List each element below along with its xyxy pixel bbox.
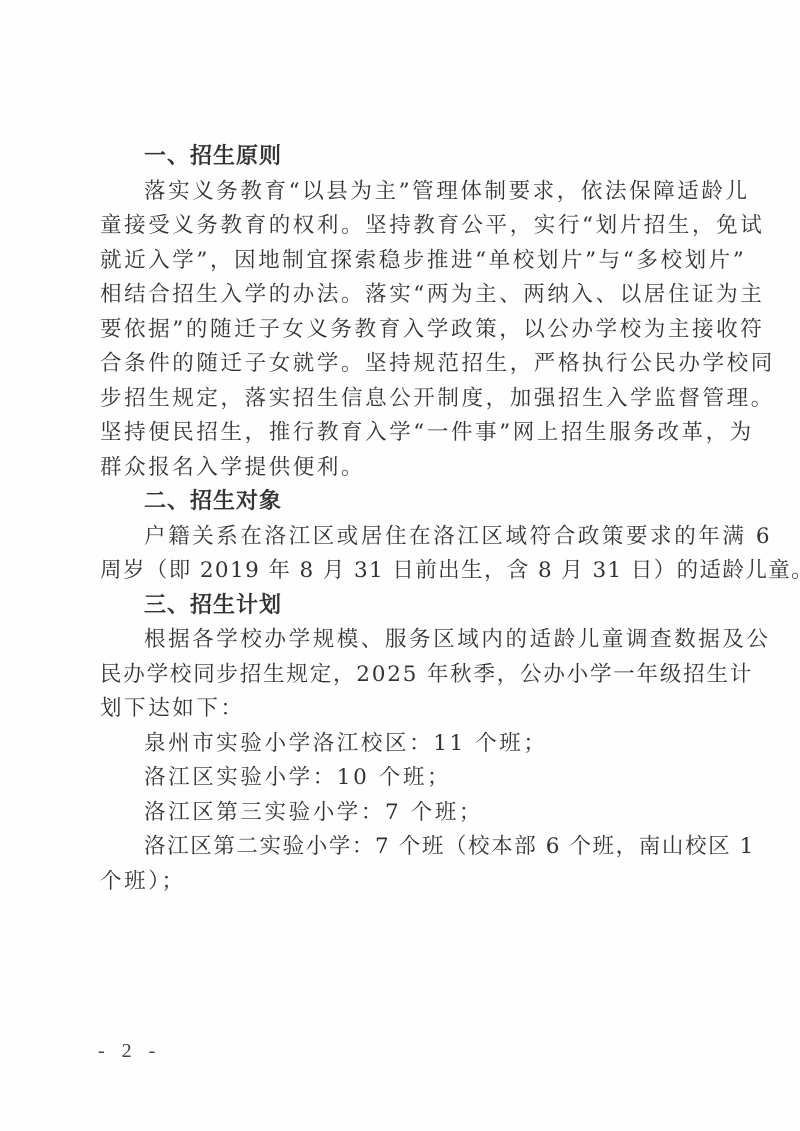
text-line: 童接受义务教育的权利。坚持教育公平，实行“划片招生，免试: [100, 209, 692, 244]
plan-item: 洛江区第三实验小学：7 个班；: [100, 796, 692, 831]
plan-item: 泉州市实验小学洛江校区：11 个班；: [100, 727, 692, 762]
section-heading-principles: 一、招生原则: [100, 140, 692, 175]
text-line: 坚持便民招生，推行教育入学“一件事”网上招生服务改革，为: [100, 416, 692, 451]
page-number: - 2 -: [98, 1040, 161, 1063]
document-body: 一、招生原则 落实义务教育“以县为主”管理体制要求，依法保障适龄儿 童接受义务教…: [100, 140, 692, 899]
text-line: 根据各学校办学规模、服务区域内的适龄儿童调查数据及公: [100, 623, 692, 658]
section-paragraph-targets: 户籍关系在洛江区或居住在洛江区域符合政策要求的年满 6 周岁（即 2019 年 …: [100, 520, 692, 589]
text-line: 周岁（即 2019 年 8 月 31 日前出生，含 8 月 31 日）的适龄儿童…: [100, 554, 692, 589]
plan-item: 洛江区实验小学：10 个班；: [100, 761, 692, 796]
enrollment-plan-list: 泉州市实验小学洛江校区：11 个班； 洛江区实验小学：10 个班； 洛江区第三实…: [100, 727, 692, 900]
document-page: 一、招生原则 落实义务教育“以县为主”管理体制要求，依法保障适龄儿 童接受义务教…: [0, 0, 800, 1131]
text-line: 划下达如下：: [100, 692, 692, 727]
text-line: 合条件的随迁子女就学。坚持规范招生，严格执行公民办学校同: [100, 347, 692, 382]
text-line: 群众报名入学提供便利。: [100, 451, 692, 486]
plan-item-continuation: 个班）；: [100, 865, 692, 900]
section-heading-targets: 二、招生对象: [100, 485, 692, 520]
section-paragraph-plan: 根据各学校办学规模、服务区域内的适龄儿童调查数据及公 民办学校同步招生规定，20…: [100, 623, 692, 727]
text-line: 户籍关系在洛江区或居住在洛江区域符合政策要求的年满 6: [100, 520, 692, 555]
text-line: 落实义务教育“以县为主”管理体制要求，依法保障适龄儿: [100, 175, 692, 210]
section-heading-plan: 三、招生计划: [100, 589, 692, 624]
text-line: 相结合招生入学的办法。落实“两为主、两纳入、以居住证为主: [100, 278, 692, 313]
text-line: 要依据”的随迁子女义务教育入学政策，以公办学校为主接收符: [100, 313, 692, 348]
section-paragraph-principles: 落实义务教育“以县为主”管理体制要求，依法保障适龄儿 童接受义务教育的权利。坚持…: [100, 175, 692, 486]
text-line: 民办学校同步招生规定，2025 年秋季，公办小学一年级招生计: [100, 658, 692, 693]
text-line: 步招生规定，落实招生信息公开制度，加强招生入学监督管理。: [100, 382, 692, 417]
plan-item: 洛江区第二实验小学：7 个班（校本部 6 个班，南山校区 1: [100, 830, 692, 865]
text-line: 就近入学”，因地制宜探索稳步推进“单校划片”与“多校划片”: [100, 244, 692, 279]
